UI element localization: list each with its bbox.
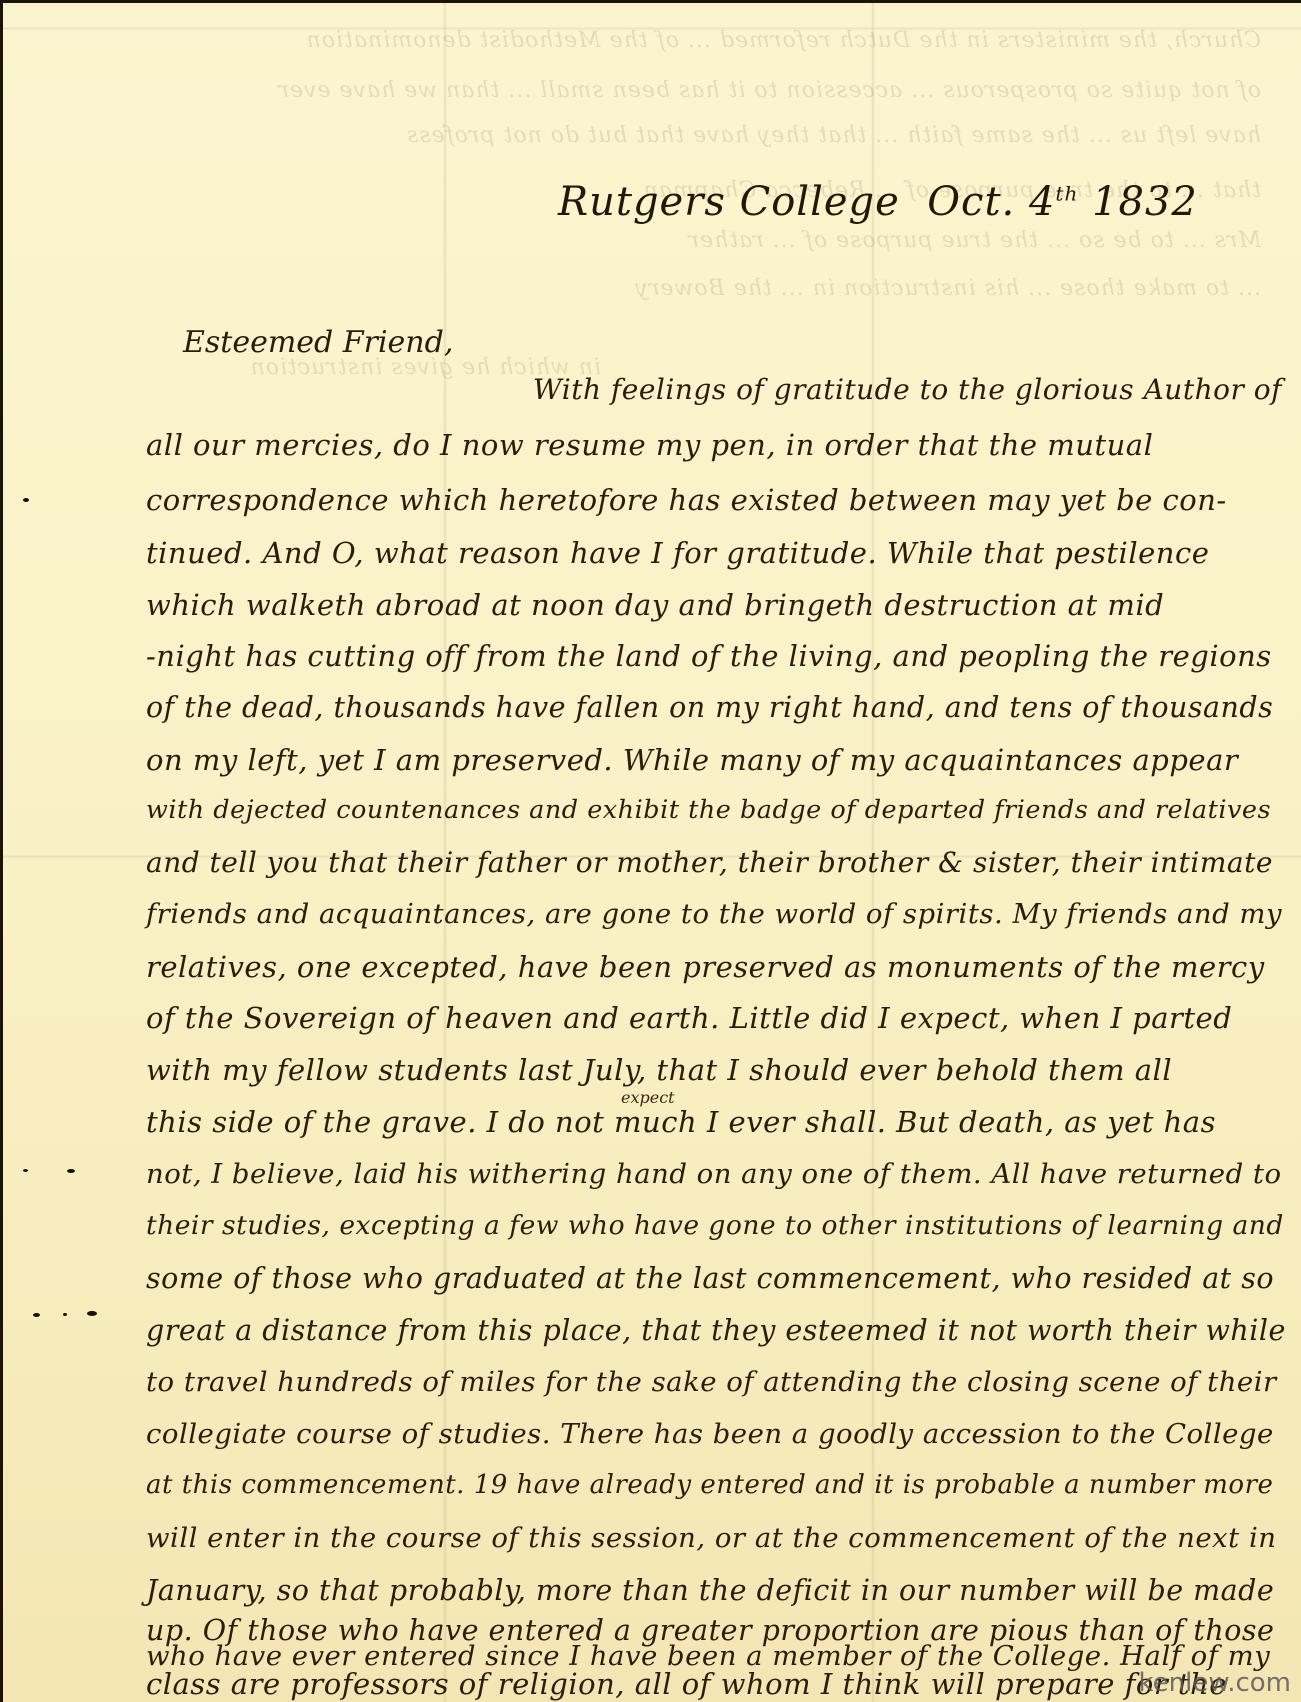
letter-line: tinued. And O, what reason have I for gr… — [146, 536, 1209, 570]
ink-blot — [63, 1313, 67, 1316]
letter-line: of the dead, thousands have fallen on my… — [146, 691, 1273, 724]
bleed-through-line: Church, the ministers in the Dutch refor… — [3, 28, 1301, 53]
salutation: Esteemed Friend, — [183, 325, 453, 360]
bleed-through-line: Mrs ... to be so ... the true purpose of… — [3, 228, 1301, 253]
bleed-through-line: ... to make those ... his instruction in… — [3, 276, 1301, 301]
letter-line: and tell you that their father or mother… — [146, 846, 1273, 879]
letter-line: January, so that probably, more than the… — [146, 1574, 1274, 1607]
dateline: Rutgers College Oct. 4th 1832 — [558, 179, 1198, 225]
letter-line: of the Sovereign of heaven and earth. Li… — [146, 1001, 1232, 1035]
letter-line: which walketh abroad at noon day and bri… — [146, 588, 1164, 622]
letter-line: not, I believe, laid his withering hand … — [146, 1158, 1282, 1190]
letter-line: all our mercies, do I now resume my pen,… — [146, 428, 1153, 462]
letter-line: relatives, one excepted, have been prese… — [146, 950, 1265, 984]
dateline-date: Oct. 4 — [927, 179, 1055, 225]
letter-line: with dejected countenances and exhibit t… — [146, 795, 1271, 825]
letter-line: collegiate course of studies. There has … — [146, 1418, 1274, 1450]
letter-line: great a distance from this place, that t… — [146, 1314, 1286, 1347]
ink-blot — [23, 1169, 28, 1172]
dateline-date-suffix: th — [1055, 182, 1078, 206]
letter-line: friends and acquaintances, are gone to t… — [146, 898, 1282, 930]
letter-line: With feelings of gratitude to the glorio… — [533, 373, 1282, 406]
letter-line: -night has cutting off from the land of … — [146, 639, 1272, 673]
letter-line: at this commencement. 19 have already en… — [146, 1470, 1273, 1500]
letter-line: will enter in the course of this session… — [146, 1522, 1276, 1554]
letter-line: their studies, excepting a few who have … — [146, 1210, 1284, 1241]
bleed-through-line: of not quite so prosperous ... accession… — [3, 78, 1301, 103]
ink-blot — [33, 1313, 40, 1317]
watermark: kenlew.com — [1139, 1668, 1292, 1698]
letter-line: on my left, yet I am preserved. While ma… — [146, 743, 1238, 777]
dateline-year: 1832 — [1092, 179, 1198, 225]
ink-blot — [87, 1311, 97, 1316]
letter-line: with my fellow students last July, that … — [146, 1053, 1172, 1087]
ink-blot — [23, 498, 29, 502]
letter-line: some of those who graduated at the last … — [146, 1262, 1274, 1295]
letter-page: Church, the ministers in the Dutch refor… — [3, 3, 1301, 1702]
ink-blot — [67, 1169, 75, 1173]
letter-line: to travel hundreds of miles for the sake… — [146, 1366, 1277, 1398]
letter-line: correspondence which heretofore has exis… — [146, 483, 1227, 517]
dateline-place: Rutgers College — [558, 179, 900, 225]
letter-line: class are professors of religion, all of… — [146, 1667, 1227, 1701]
bleed-through-line: have left us ... the same faith ... that… — [3, 123, 1301, 148]
letter-line: this side of the grave. I do not much I … — [146, 1105, 1216, 1139]
